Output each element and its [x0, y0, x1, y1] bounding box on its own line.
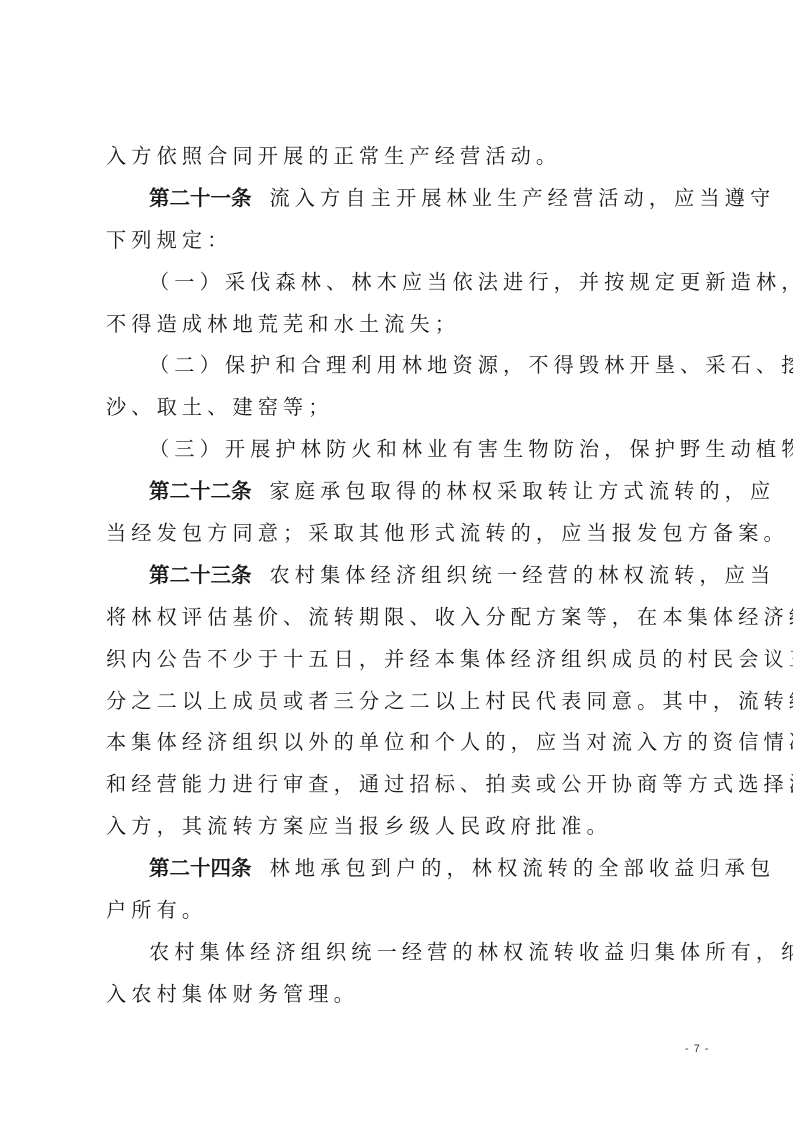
- document-body: 入方依照合同开展的正常生产经营活动。 第二十一条流入方自主开展林业生产经营活动，…: [106, 139, 714, 1019]
- line-text: 农村集体经济组织统一经营的林权流转收益归集体所有，纳: [149, 940, 793, 964]
- article-23-heading-line: 第二十三条农村集体经济组织统一经营的林权流转，应当: [106, 558, 714, 600]
- text-line: 入方，其流转方案应当报乡级人民政府批准。: [106, 809, 714, 851]
- paragraph-line: 农村集体经济组织统一经营的林权流转收益归集体所有，纳: [106, 935, 714, 977]
- line-text: 不得造成林地荒芜和水土流失；: [106, 312, 460, 336]
- line-text: 家庭承包取得的林权采取转让方式流转的，应: [270, 479, 776, 503]
- article-number: 第二十四条: [149, 856, 252, 880]
- text-line: 入农村集体财务管理。: [106, 977, 714, 1019]
- text-line: 入方依照合同开展的正常生产经营活动。: [106, 139, 714, 181]
- article-number: 第二十一条: [149, 186, 252, 210]
- line-text: 林地承包到户的，林权流转的全部收益归承包: [270, 856, 776, 880]
- article-21-heading-line: 第二十一条流入方自主开展林业生产经营活动，应当遵守: [106, 181, 714, 223]
- text-line: 分之二以上成员或者三分之二以上村民代表同意。其中，流转给: [106, 684, 714, 726]
- line-text: （三）开展护林防火和林业有害生物防治，保护野生动植物。: [149, 437, 793, 461]
- list-item-3: （三）开展护林防火和林业有害生物防治，保护野生动植物。: [106, 432, 714, 474]
- article-number: 第二十三条: [149, 563, 252, 587]
- line-text: 下列规定：: [106, 228, 232, 252]
- text-line: 本集体经济组织以外的单位和个人的，应当对流入方的资信情况: [106, 725, 714, 767]
- page-number: - 7 -: [685, 1043, 710, 1055]
- text-line: 织内公告不少于十五日，并经本集体经济组织成员的村民会议三: [106, 642, 714, 684]
- line-text: （一）采伐森林、林木应当依法进行，并按规定更新造林，: [149, 270, 793, 294]
- article-number: 第二十二条: [149, 479, 252, 503]
- text-line: 下列规定：: [106, 223, 714, 265]
- line-text: 农村集体经济组织统一经营的林权流转，应当: [270, 563, 776, 587]
- line-text: 本集体经济组织以外的单位和个人的，应当对流入方的资信情况: [106, 730, 793, 754]
- article-24-heading-line: 第二十四条林地承包到户的，林权流转的全部收益归承包: [106, 851, 714, 893]
- text-line: 和经营能力进行审查，通过招标、拍卖或公开协商等方式选择流: [106, 767, 714, 809]
- list-item-2: （二）保护和合理利用林地资源，不得毁林开垦、采石、挖: [106, 348, 714, 390]
- line-text: 和经营能力进行审查，通过招标、拍卖或公开协商等方式选择流: [106, 772, 793, 796]
- line-text: 入方，其流转方案应当报乡级人民政府批准。: [106, 814, 612, 838]
- line-text: 户所有。: [106, 898, 207, 922]
- line-text: 入农村集体财务管理。: [106, 982, 359, 1006]
- line-text: 沙、取土、建窑等；: [106, 395, 334, 419]
- line-text: 当经发包方同意；采取其他形式流转的，应当报发包方备案。: [106, 521, 789, 545]
- line-text: 织内公告不少于十五日，并经本集体经济组织成员的村民会议三: [106, 647, 793, 671]
- line-text: 分之二以上成员或者三分之二以上村民代表同意。其中，流转给: [106, 689, 793, 713]
- article-22-heading-line: 第二十二条家庭承包取得的林权采取转让方式流转的，应: [106, 474, 714, 516]
- line-text: 将林权评估基价、流转期限、收入分配方案等，在本集体经济组: [106, 605, 793, 629]
- line-text: （二）保护和合理利用林地资源，不得毁林开垦、采石、挖: [149, 353, 793, 377]
- list-item-1: （一）采伐森林、林木应当依法进行，并按规定更新造林，: [106, 265, 714, 307]
- line-text: 入方依照合同开展的正常生产经营活动。: [106, 144, 561, 168]
- text-line: 沙、取土、建窑等；: [106, 390, 714, 432]
- text-line: 将林权评估基价、流转期限、收入分配方案等，在本集体经济组: [106, 600, 714, 642]
- text-line: 户所有。: [106, 893, 714, 935]
- text-line: 当经发包方同意；采取其他形式流转的，应当报发包方备案。: [106, 516, 714, 558]
- line-text: 流入方自主开展林业生产经营活动，应当遵守: [270, 186, 776, 210]
- text-line: 不得造成林地荒芜和水土流失；: [106, 307, 714, 349]
